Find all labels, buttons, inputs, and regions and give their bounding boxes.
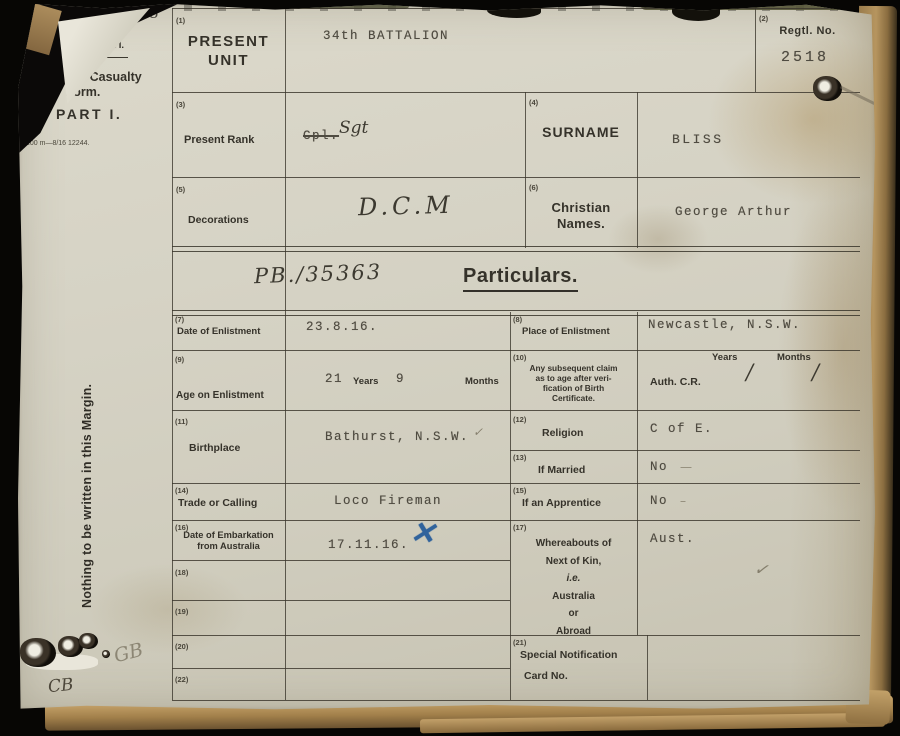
religion-label: Religion bbox=[542, 427, 583, 439]
grid-line bbox=[172, 8, 173, 700]
birthplace-tick-mark: ✓ bbox=[473, 425, 483, 439]
christian-names-label: Christian Names. bbox=[525, 200, 637, 232]
form-paper: 105 A.I.F. y Form B103 Part I. ervice an… bbox=[18, 4, 875, 710]
print-code: 200 m—8/16 12244. bbox=[26, 140, 89, 147]
grid-line bbox=[637, 92, 638, 248]
field-number-12: (12) bbox=[513, 415, 526, 424]
grid-line-double bbox=[172, 246, 860, 252]
field-number-5: (5) bbox=[176, 185, 185, 194]
auth-cr-label: Auth. C.R. bbox=[650, 376, 701, 388]
grid-line bbox=[510, 450, 860, 451]
grid-line bbox=[647, 635, 648, 700]
grid-line bbox=[172, 410, 860, 411]
date-of-enlistment-value: 23.8.16. bbox=[306, 320, 378, 334]
field-number-22: (22) bbox=[175, 675, 188, 684]
field-number-4: (4) bbox=[529, 98, 538, 107]
embarkation-value: 17.11.16. bbox=[328, 538, 409, 552]
grid-line bbox=[172, 700, 860, 701]
present-rank-struck-value: Cpl. bbox=[303, 129, 339, 143]
grid-line bbox=[172, 668, 510, 669]
field-number-10: (10) bbox=[513, 353, 526, 362]
regtl-no-label: Regtl. No. bbox=[755, 25, 860, 37]
age-years-value: 21 bbox=[325, 372, 343, 386]
age-months-word: Months bbox=[465, 376, 499, 387]
file-reference: PB./35363 bbox=[254, 260, 383, 288]
field-number-19: (19) bbox=[175, 607, 188, 616]
special-notification-label: Special Notification bbox=[520, 649, 617, 661]
field-number-8: (8) bbox=[513, 315, 522, 324]
field-number-11: (11) bbox=[175, 417, 188, 426]
trade-or-calling-value: Loco Fireman bbox=[334, 494, 442, 508]
christian-names-value: George Arthur bbox=[675, 205, 792, 219]
place-of-enlistment-label: Place of Enlistment bbox=[522, 326, 610, 337]
field-number-18: (18) bbox=[175, 568, 188, 577]
years-mark: / bbox=[746, 360, 753, 384]
decorations-label: Decorations bbox=[188, 214, 249, 226]
present-rank-label: Present Rank bbox=[184, 134, 254, 146]
form-part-label: PART I. bbox=[56, 106, 122, 122]
grid-line bbox=[172, 560, 510, 561]
field-number-2: (2) bbox=[759, 14, 768, 23]
field-number-13: (13) bbox=[513, 453, 526, 462]
paper-hole bbox=[102, 650, 110, 658]
if-an-apprentice-mark: – bbox=[680, 494, 686, 508]
field-number-1: (1) bbox=[176, 16, 185, 25]
religion-value: C of E. bbox=[650, 422, 713, 436]
grid-line bbox=[172, 520, 860, 521]
field-number-14: (14) bbox=[175, 486, 188, 495]
birthplace-value: Bathurst, N.S.W. bbox=[325, 430, 469, 444]
months-mark: / bbox=[812, 360, 819, 384]
special-notification-card-no-label: Card No. bbox=[524, 670, 568, 682]
scanned-document-photo: 105 A.I.F. y Form B103 Part I. ervice an… bbox=[0, 0, 900, 736]
field-number-6: (6) bbox=[529, 183, 538, 192]
date-of-enlistment-label: Date of Enlistment bbox=[177, 326, 260, 337]
if-an-apprentice-label: If an Apprentice bbox=[522, 497, 601, 509]
regtl-no-value: 2518 bbox=[755, 49, 855, 66]
next-of-kin-label: Whereabouts of Next of Kin, i.e. Austral… bbox=[510, 535, 637, 640]
paper-hole bbox=[20, 638, 56, 667]
present-unit-label: PRESENT UNIT bbox=[172, 32, 285, 70]
paper-hole bbox=[79, 633, 98, 649]
grid-line bbox=[172, 483, 860, 484]
age-years-word: Years bbox=[353, 376, 378, 387]
field-number-15: (15) bbox=[513, 486, 526, 495]
age-claim-label: Any subsequent claim as to age after ver… bbox=[510, 363, 637, 403]
particulars-heading: Particulars. bbox=[463, 265, 578, 292]
grid-line bbox=[172, 350, 860, 351]
next-of-kin-value: Aust. bbox=[650, 532, 695, 546]
field-number-20: (20) bbox=[175, 642, 188, 651]
field-number-9: (9) bbox=[175, 355, 184, 364]
grid-line bbox=[172, 92, 860, 93]
age-on-enlistment-label: Age on Enlistment bbox=[176, 390, 264, 401]
present-rank-value: Sgt bbox=[339, 118, 368, 138]
blue-x-mark: ✕ bbox=[408, 515, 437, 552]
if-an-apprentice-value: No bbox=[650, 494, 668, 508]
decorations-value: D.C.M bbox=[358, 191, 454, 221]
if-married-label: If Married bbox=[538, 464, 585, 476]
grid-line bbox=[285, 8, 286, 700]
margin-instruction: Nothing to be written in this Margin. bbox=[80, 342, 104, 608]
age-months-value: 9 bbox=[396, 372, 405, 386]
years-head: Years bbox=[712, 352, 737, 363]
surname-label: SURNAME bbox=[525, 124, 637, 140]
grid-line bbox=[172, 8, 860, 9]
field-number-3: (3) bbox=[176, 100, 185, 109]
birthplace-label: Birthplace bbox=[189, 442, 240, 454]
pencil-initials-light: GB bbox=[112, 639, 146, 667]
field-number-7: (7) bbox=[175, 315, 184, 324]
paper-hole bbox=[813, 76, 842, 101]
field-number-17: (17) bbox=[513, 523, 526, 532]
surname-value: BLISS bbox=[672, 132, 724, 147]
months-head: Months bbox=[777, 352, 811, 363]
place-of-enlistment-value: Newcastle, N.S.W. bbox=[648, 318, 801, 332]
if-married-mark: — bbox=[680, 460, 692, 474]
grid-line bbox=[637, 312, 638, 635]
embarkation-label: Date of Embarkation from Australia bbox=[172, 530, 285, 552]
form-table: (1) PRESENT UNIT 34th BATTALION (2) Regt… bbox=[172, 8, 860, 700]
grid-line bbox=[172, 600, 510, 601]
trade-or-calling-label: Trade or Calling bbox=[178, 497, 257, 509]
pencil-initials-dark: CB bbox=[47, 675, 74, 698]
grid-line bbox=[172, 177, 860, 178]
if-married-value: No bbox=[650, 460, 668, 474]
present-unit-value: 34th BATTALION bbox=[323, 29, 449, 43]
next-of-kin-check-mark: ✓ bbox=[753, 559, 770, 581]
field-number-21: (21) bbox=[513, 638, 526, 647]
